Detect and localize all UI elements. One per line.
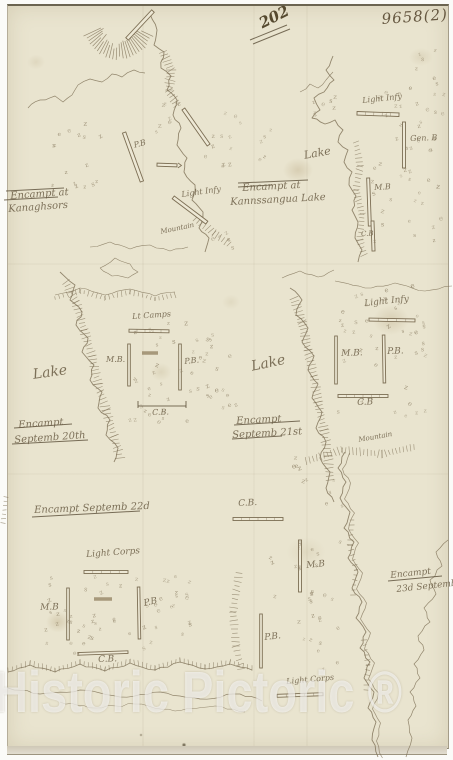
paper-bottom-edge-shadow [7,746,447,755]
bank-hatch [1,523,6,524]
bank-hatch [2,514,6,515]
watermark-text: Historic Pictoric ® [0,662,453,721]
manuscript-paper [7,4,449,749]
scanned-map-photo: zzszsezzzezzzzszszeezszzzzzezzzzzeszsszz… [0,0,453,760]
